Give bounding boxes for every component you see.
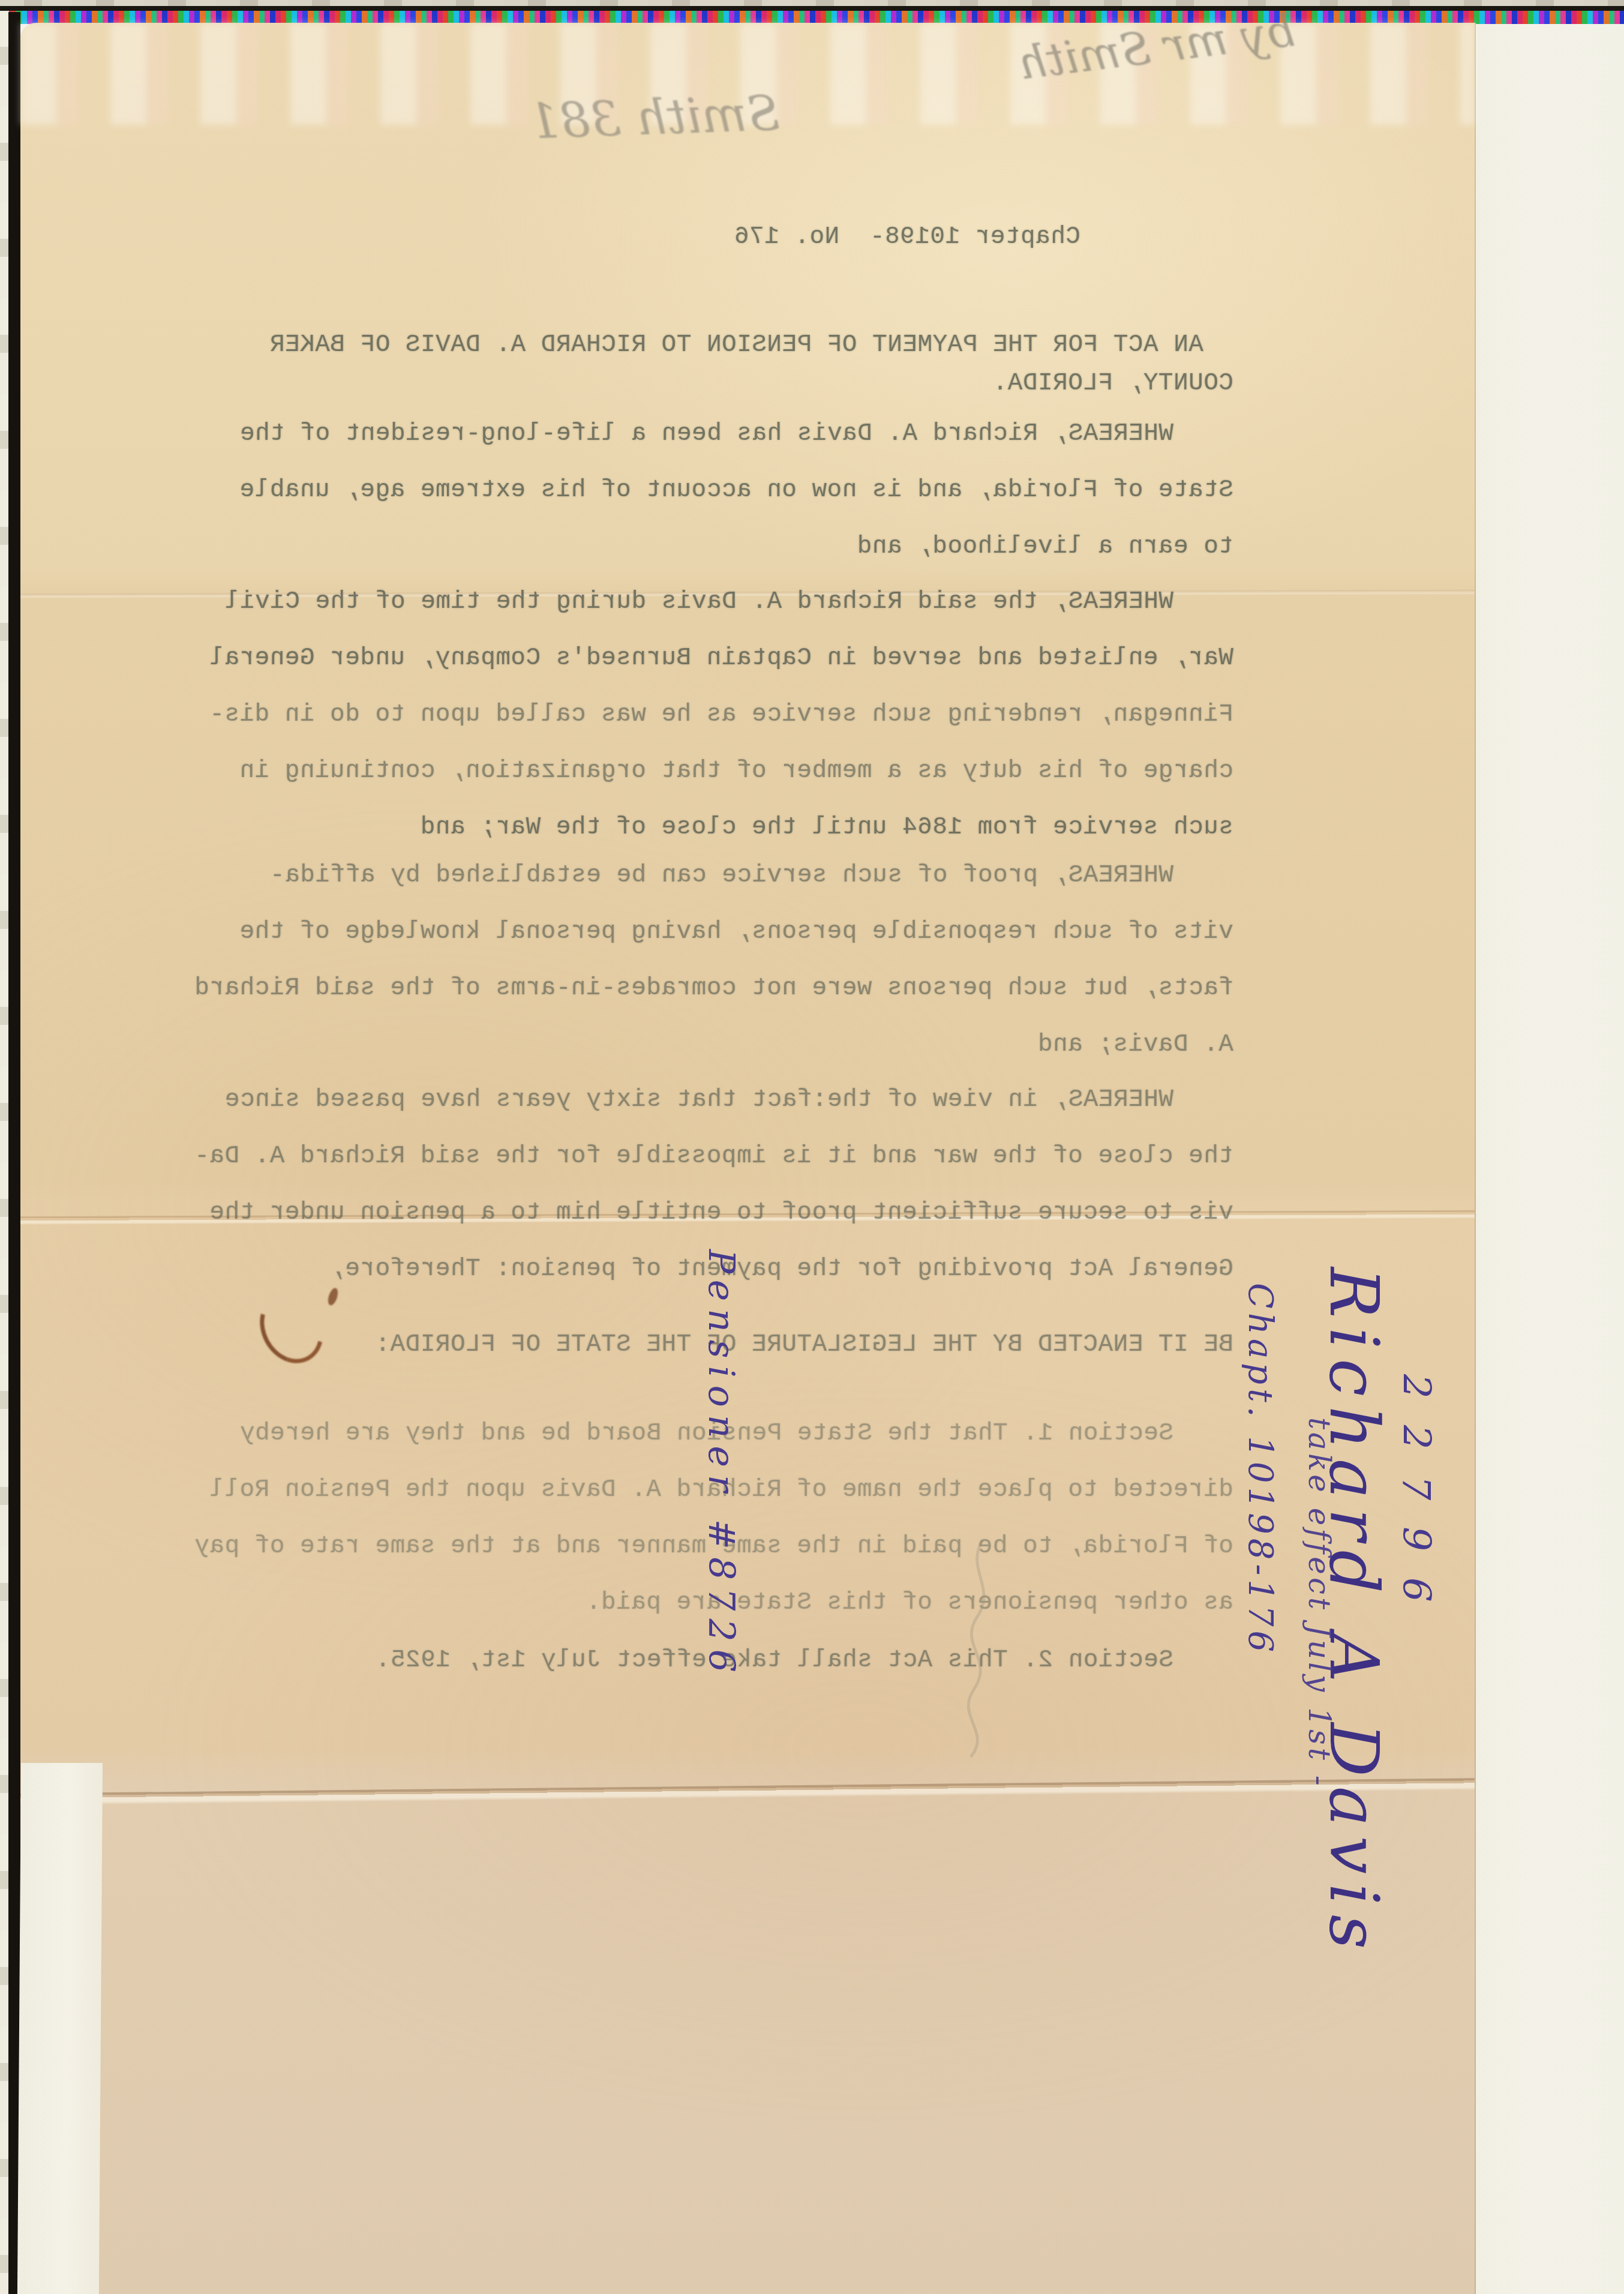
pencil-scribble [941, 1534, 1019, 1762]
typed-text-mirrored: Chapter 10198- No. 176 AN ACT FOR THE PA… [180, 0, 1233, 1980]
ink-note-effective-date: take effect July 1st - [1304, 1417, 1334, 1789]
scanner-left-black-strip [8, 12, 20, 2294]
typed-line: such service from 1864 until the close o… [180, 814, 1233, 841]
typed-line-section-2: Section 2. This Act shall take effect Ju… [120, 1647, 1233, 1674]
typed-line: AN ACT FOR THE PAYMENT OF PENSION TO RIC… [150, 331, 1233, 359]
typed-line: WHEREAS, the said Richard A. Davis durin… [120, 588, 1233, 616]
typed-line: State of Florida, and is now on account … [180, 476, 1233, 504]
typed-line: Finnegan, rendering such service as he w… [180, 701, 1233, 728]
typed-line: WHEREAS, in view of the:fact that sixty … [120, 1086, 1233, 1114]
ink-note-pensioner-number: Pensioner #8726 [703, 1249, 739, 1680]
scanner-left-edge [0, 11, 9, 2294]
typed-line: charge of his duty as a member of that o… [180, 757, 1233, 785]
pencil-note-number: Smith 381 [437, 85, 781, 153]
ink-note-file-number: 22796 [1397, 1374, 1435, 1629]
typed-line-section-1: Section 1. That the State Pension Board … [120, 1420, 1233, 1447]
typed-line-chapter-heading: Chapter 10198- No. 176 [27, 223, 1233, 251]
typed-line: COUNTY, FLORIDA. [180, 370, 1233, 397]
scanner-bed-right [1475, 24, 1624, 2294]
typed-line: WHEREAS, Richard A. Davis has been a lif… [120, 420, 1233, 448]
ink-note-chapter-ref: Chapt. 10198-176 [1243, 1283, 1277, 1656]
typed-line: A. Davis; and [180, 1031, 1233, 1058]
scanner-bed-bottom-left [17, 1763, 103, 2294]
typed-line: to earn a livelihood, and [180, 533, 1233, 560]
typed-line: vits of such responsible persons, having… [180, 918, 1233, 946]
typed-line: facts, but such persons were not comrade… [180, 974, 1233, 1002]
typed-line: the close of the war and it is impossibl… [180, 1142, 1233, 1170]
scanned-document-page: Chapter 10198- No. 176 AN ACT FOR THE PA… [0, 0, 1624, 2294]
typed-line: War, enlisted and served in Captain Burn… [180, 644, 1233, 672]
typed-line: WHEREAS, proof of such service can be es… [120, 862, 1233, 889]
typed-line: vis to secure sufficient proof to entitl… [180, 1199, 1233, 1227]
